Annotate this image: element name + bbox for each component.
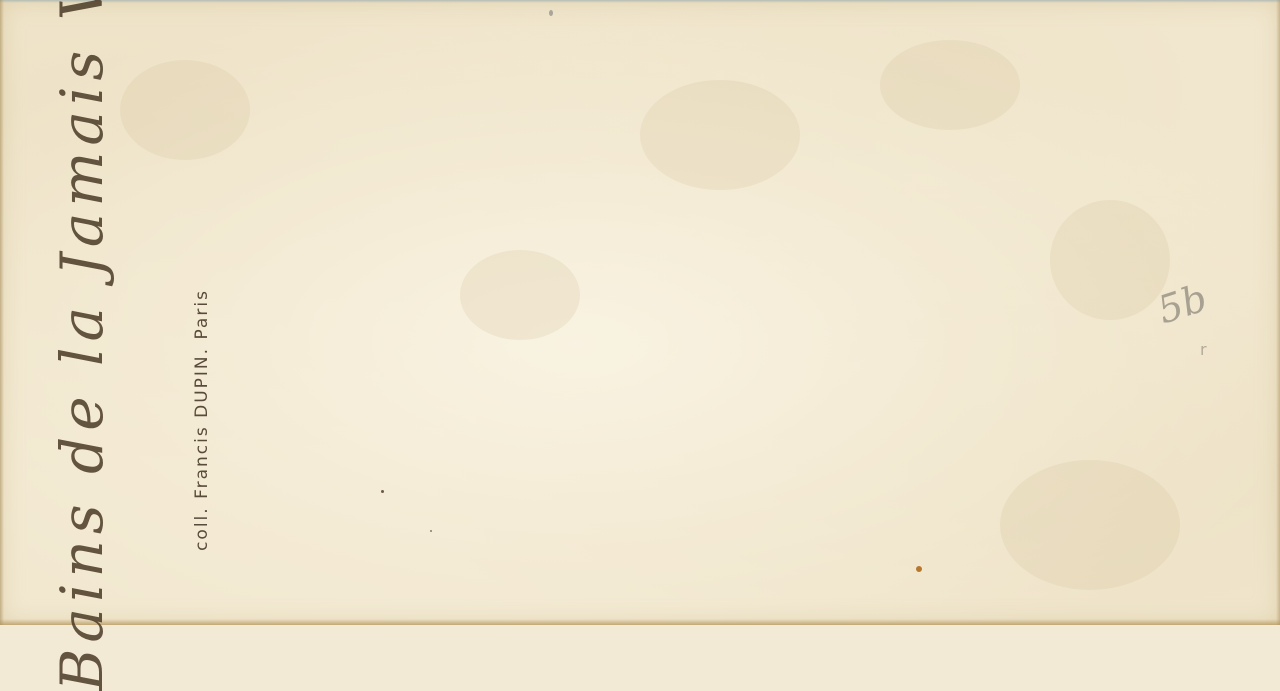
- foxing-spot: [549, 10, 553, 16]
- paper-stain: [640, 80, 800, 190]
- handwritten-title: Bains de la Jamais Vu: [48, 0, 116, 625]
- paper-stain: [120, 60, 250, 160]
- paper-stain: [1050, 200, 1170, 320]
- paper-stain: [460, 250, 580, 340]
- paper-stain: [880, 40, 1020, 130]
- paper-stain: [1000, 460, 1180, 590]
- card-left-edge: [0, 0, 4, 625]
- pencil-mark: r: [1200, 340, 1207, 359]
- foxing-spot: [430, 530, 432, 532]
- card-right-edge: [1276, 0, 1280, 625]
- foxing-spot: [916, 566, 922, 572]
- foxing-spot: [381, 490, 384, 493]
- stereoview-card-back: Bains de la Jamais Vu coll. Francis DUPI…: [0, 0, 1280, 625]
- card-bottom-edge: [0, 619, 1280, 625]
- collection-note: coll. Francis DUPIN. Paris: [192, 289, 212, 551]
- card-top-edge: [0, 0, 1280, 3]
